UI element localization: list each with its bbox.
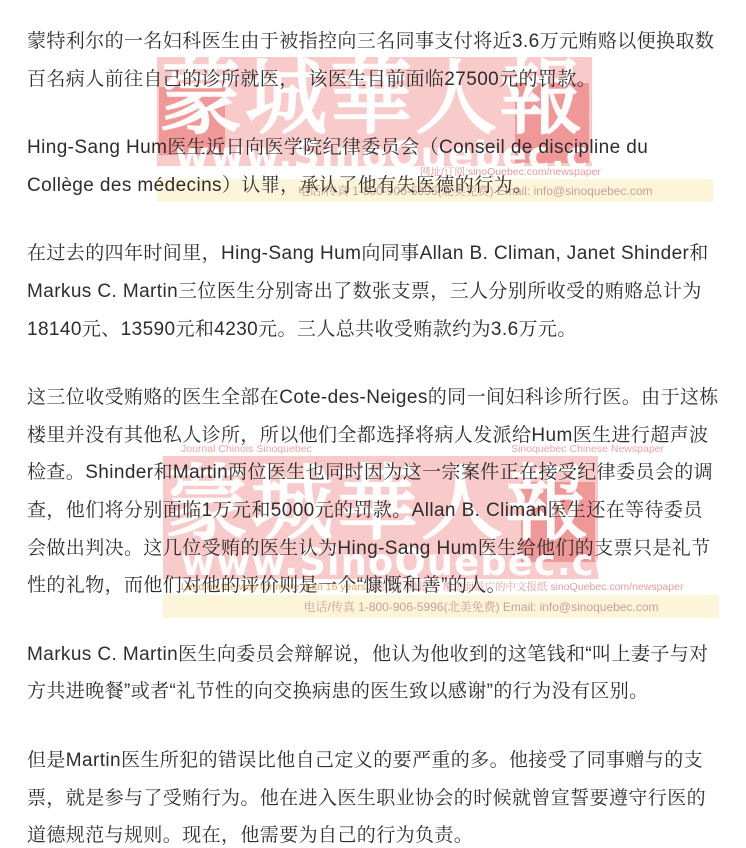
article-paragraph-5: Markus C. Martin医生向委员会辩解说，他认为他收到的这笔钱和“叫上… xyxy=(27,636,720,711)
article-paragraph-3: 在过去的四年时间里，Hing-Sang Hum向同事Allan B. Clima… xyxy=(27,235,720,348)
article-paragraph-6: 但是Martin医生所犯的错误比他自己定义的要严重的多。他接受了同事赠与的支票，… xyxy=(27,742,720,848)
article-body: 蒙特利尔的一名妇科医生由于被指控向三名同事支付将近3.6万元贿赂以便换取数百名病… xyxy=(0,0,746,848)
article-paragraph-1: 蒙特利尔的一名妇科医生由于被指控向三名同事支付将近3.6万元贿赂以便换取数百名病… xyxy=(27,23,720,98)
news-article-page: { "article": { "paragraphs": [ {"text": … xyxy=(0,0,746,848)
article-paragraph-2: Hing-Sang Hum医生近日向医学院纪律委员会（Conseil de di… xyxy=(27,129,720,204)
article-paragraph-4: 这三位收受贿赂的医生全部在Cote-des-Neiges的同一间妇科诊所行医。由… xyxy=(27,379,720,605)
